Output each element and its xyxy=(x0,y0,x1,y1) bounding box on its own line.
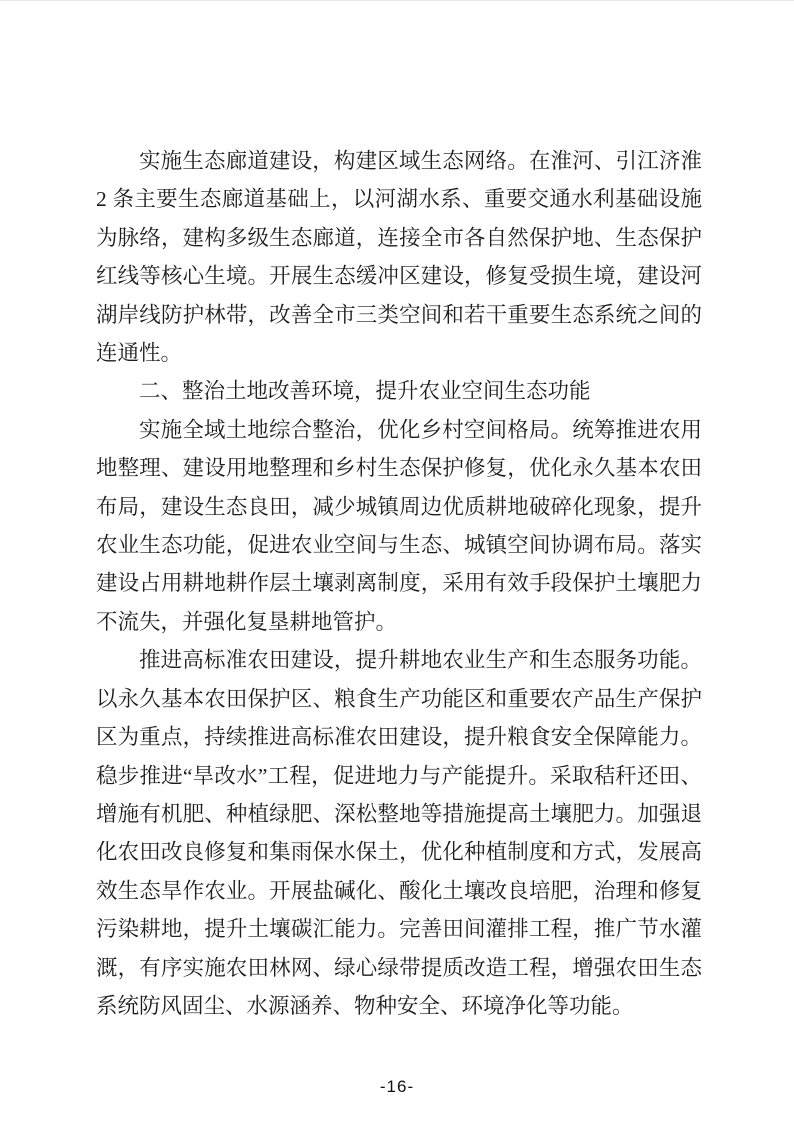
paragraph: 推进高标准农田建设，提升耕地农业生产和生态服务功能。以永久基本农田保护区、粮食生… xyxy=(96,641,702,1025)
paragraph: 实施全域土地综合整治，优化乡村空间格局。统筹推进农用地整理、建设用地整理和乡村生… xyxy=(96,411,702,641)
page-background: 实施生态廊道建设，构建区域生态网络。在淮河、引江济淮2 条主要生态廊道基础上，以… xyxy=(0,1,794,1123)
document-page: { "page": { "background_color": "#ffffff… xyxy=(0,0,794,1123)
paragraph: 实施生态廊道建设，构建区域生态网络。在淮河、引江济淮2 条主要生态廊道基础上，以… xyxy=(96,142,702,372)
section-heading: 二、整治土地改善环境，提升农业空间生态功能 xyxy=(96,372,702,410)
document-body: 实施生态廊道建设，构建区域生态网络。在淮河、引江济淮2 条主要生态廊道基础上，以… xyxy=(96,142,702,1025)
page-number: -16- xyxy=(0,1077,794,1097)
